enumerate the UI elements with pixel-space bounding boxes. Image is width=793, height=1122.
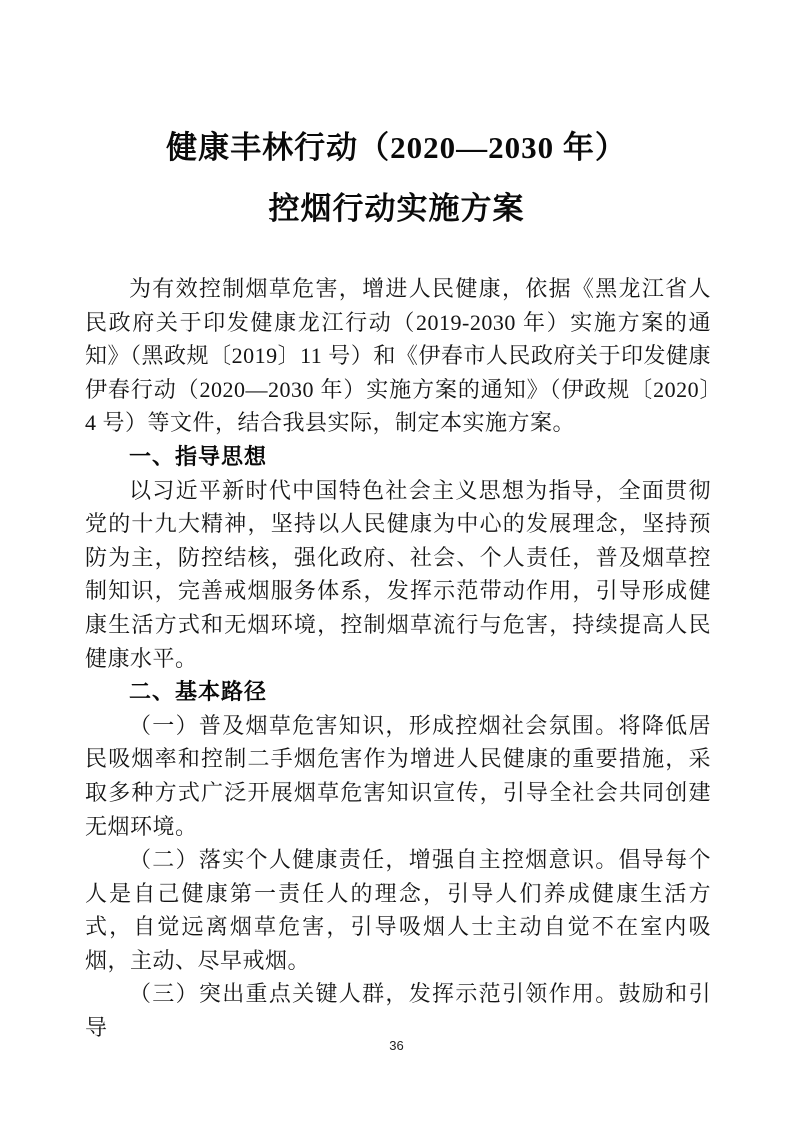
paragraph-path-1: （一）普及烟草危害知识，形成控烟社会氛围。将降低居民吸烟率和控制二手烟危害作为增… [85, 709, 711, 843]
document-page: 健康丰林行动（2020—2030 年） 控烟行动实施方案 为有效控制烟草危害，增… [0, 0, 793, 1122]
paragraph-path-3: （三）突出重点关键人群，发挥示范引领作用。鼓励和引导 [85, 977, 711, 1044]
document-title-block: 健康丰林行动（2020—2030 年） 控烟行动实施方案 [0, 132, 793, 224]
section-heading-1: 一、指导思想 [85, 440, 711, 474]
document-title-line-1: 健康丰林行动（2020—2030 年） [0, 132, 793, 163]
paragraph-guiding-ideology: 以习近平新时代中国特色社会主义思想为指导，全面贯彻党的十九大精神，坚持以人民健康… [85, 474, 711, 676]
document-body: 为有效控制烟草危害，增进人民健康，依据《黑龙江省人民政府关于印发健康龙江行动（2… [85, 272, 711, 1045]
paragraph-intro: 为有效控制烟草危害，增进人民健康，依据《黑龙江省人民政府关于印发健康龙江行动（2… [85, 272, 711, 440]
section-heading-2: 二、基本路径 [85, 675, 711, 709]
paragraph-path-2: （二）落实个人健康责任，增强自主控烟意识。倡导每个人是自己健康第一责任人的理念，… [85, 843, 711, 977]
page-number: 36 [0, 1038, 793, 1053]
document-title-line-2: 控烟行动实施方案 [0, 193, 793, 224]
